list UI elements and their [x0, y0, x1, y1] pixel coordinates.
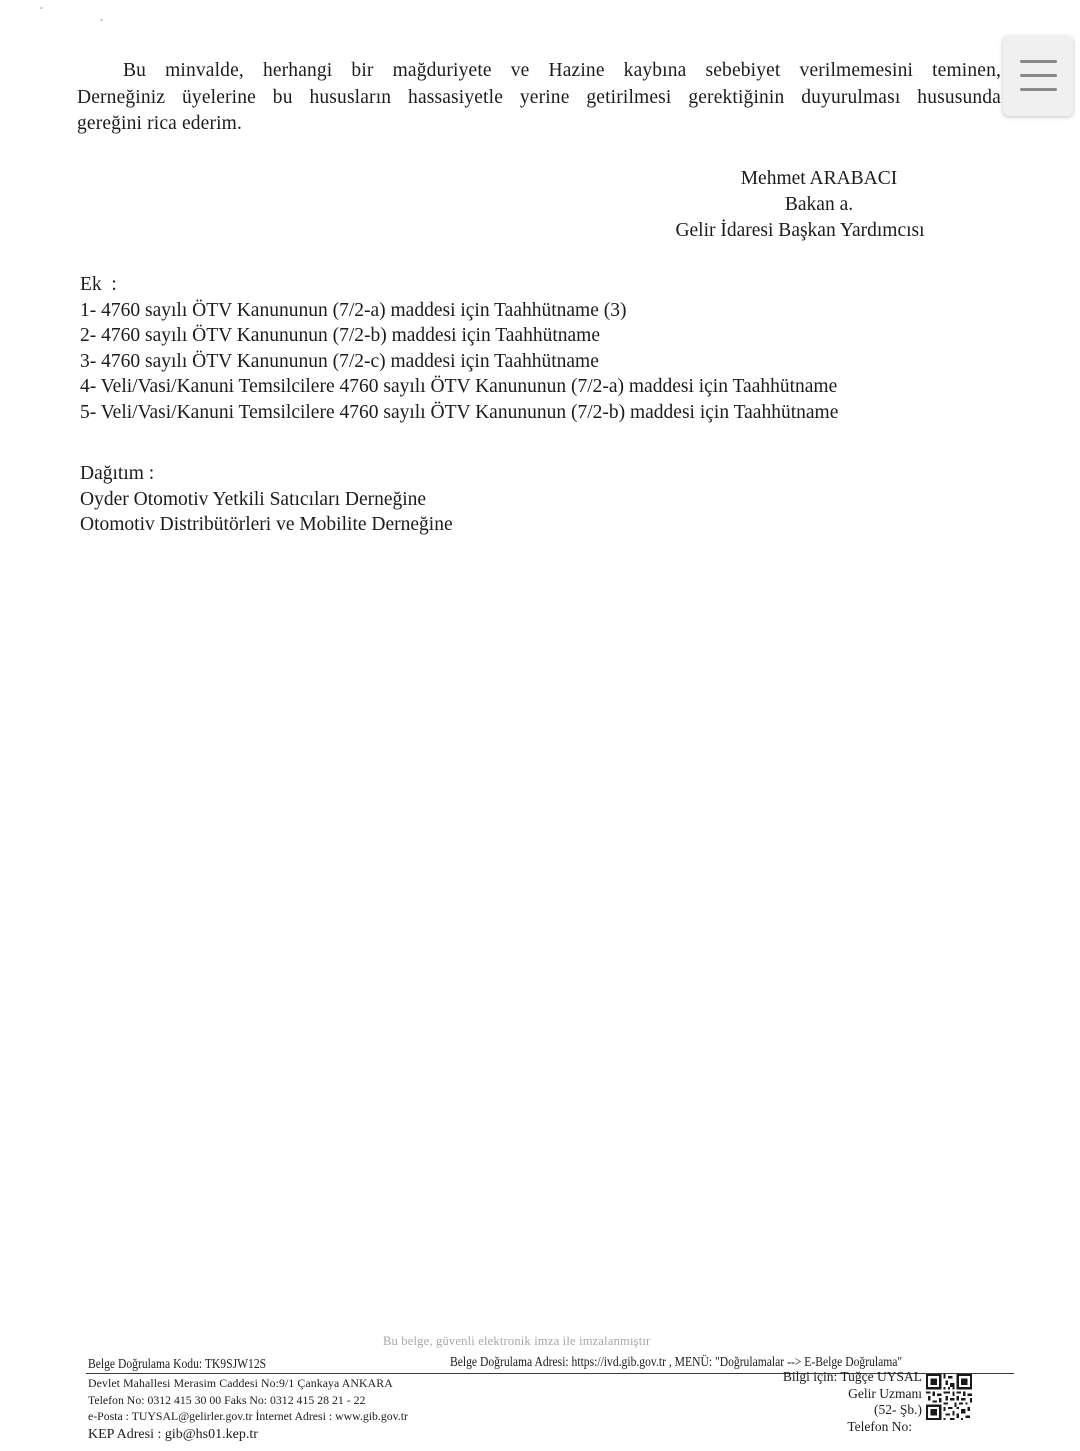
- signature-block: Mehmet ARABACI Bakan a. Gelir İdaresi Ba…: [640, 166, 960, 244]
- distribution-list: Dağıtım : Oyder Otomotiv Yetkili Satıcıl…: [80, 461, 453, 538]
- attachment-item: 4- Veli/Vasi/Kanuni Temsilcilere 4760 sa…: [80, 374, 838, 400]
- hamburger-menu-icon: [1020, 74, 1057, 77]
- attachments-list: Ek : 1- 4760 sayılı ÖTV Kanununun (7/2-a…: [80, 272, 838, 425]
- signatory-title: Gelir İdaresi Başkan Yardımcısı: [640, 218, 960, 244]
- attachment-item: 2- 4760 sayılı ÖTV Kanununun (7/2-b) mad…: [80, 323, 838, 349]
- body-paragraph: Bu minvalde, herhangi bir mağduriyete ve…: [77, 58, 1001, 138]
- info-contact-phone: Telefon No:: [783, 1419, 922, 1436]
- distribution-heading: Dağıtım :: [80, 461, 453, 487]
- email-web: e-Posta : TUYSAL@gelirler.gov.tr İnterne…: [88, 1408, 408, 1425]
- scan-artifact: [100, 19, 103, 21]
- verification-code: Belge Doğrulama Kodu: TK9SJW12S: [88, 1355, 266, 1373]
- attachment-item: 5- Veli/Vasi/Kanuni Temsilcilere 4760 sa…: [80, 400, 838, 426]
- signatory-name: Mehmet ARABACI: [659, 166, 979, 192]
- attachment-item: 3- 4760 sayılı ÖTV Kanununun (7/2-c) mad…: [80, 349, 838, 375]
- paragraph-line: Derneğiniz üyelerine bu hususların hassa…: [77, 85, 1001, 112]
- document-page: Bu minvalde, herhangi bir mağduriyete ve…: [0, 0, 1080, 1451]
- hamburger-menu-icon: [1020, 88, 1057, 91]
- info-contact-name: Bilgi için: Tuğçe UYSAL: [783, 1369, 922, 1386]
- contact-block: Devlet Mahallesi Merasim Caddesi No:9/1 …: [88, 1375, 408, 1445]
- info-contact-block: Bilgi için: Tuğçe UYSAL Gelir Uzmanı (52…: [783, 1369, 922, 1435]
- scan-artifact: [40, 7, 43, 9]
- attachments-heading: Ek :: [80, 272, 838, 298]
- phone-fax: Telefon No: 0312 415 30 00 Faks No: 0312…: [88, 1392, 408, 1409]
- info-contact-title: Gelir Uzmanı: [783, 1386, 922, 1403]
- menu-button[interactable]: [1003, 36, 1073, 116]
- kep-address: KEP Adresi : gib@hs01.kep.tr: [88, 1425, 408, 1445]
- attachment-item: 1- 4760 sayılı ÖTV Kanununun (7/2-a) mad…: [80, 298, 838, 324]
- paragraph-line: gereğini rica ederim.: [77, 111, 1001, 138]
- hamburger-menu-icon: [1020, 60, 1057, 63]
- postal-address: Devlet Mahallesi Merasim Caddesi No:9/1 …: [88, 1375, 408, 1392]
- distribution-recipient: Oyder Otomotiv Yetkili Satıcıları Derneğ…: [80, 487, 453, 513]
- qr-code-icon: [926, 1374, 972, 1420]
- signatory-on-behalf: Bakan a.: [659, 192, 979, 218]
- e-signature-note: Bu belge, güvenli elektronik imza ile im…: [383, 1334, 650, 1349]
- info-contact-unit: (52- Şb.): [783, 1402, 922, 1419]
- paragraph-line: Bu minvalde, herhangi bir mağduriyete ve…: [77, 58, 1001, 85]
- distribution-recipient: Otomotiv Distribütörleri ve Mobilite Der…: [80, 512, 453, 538]
